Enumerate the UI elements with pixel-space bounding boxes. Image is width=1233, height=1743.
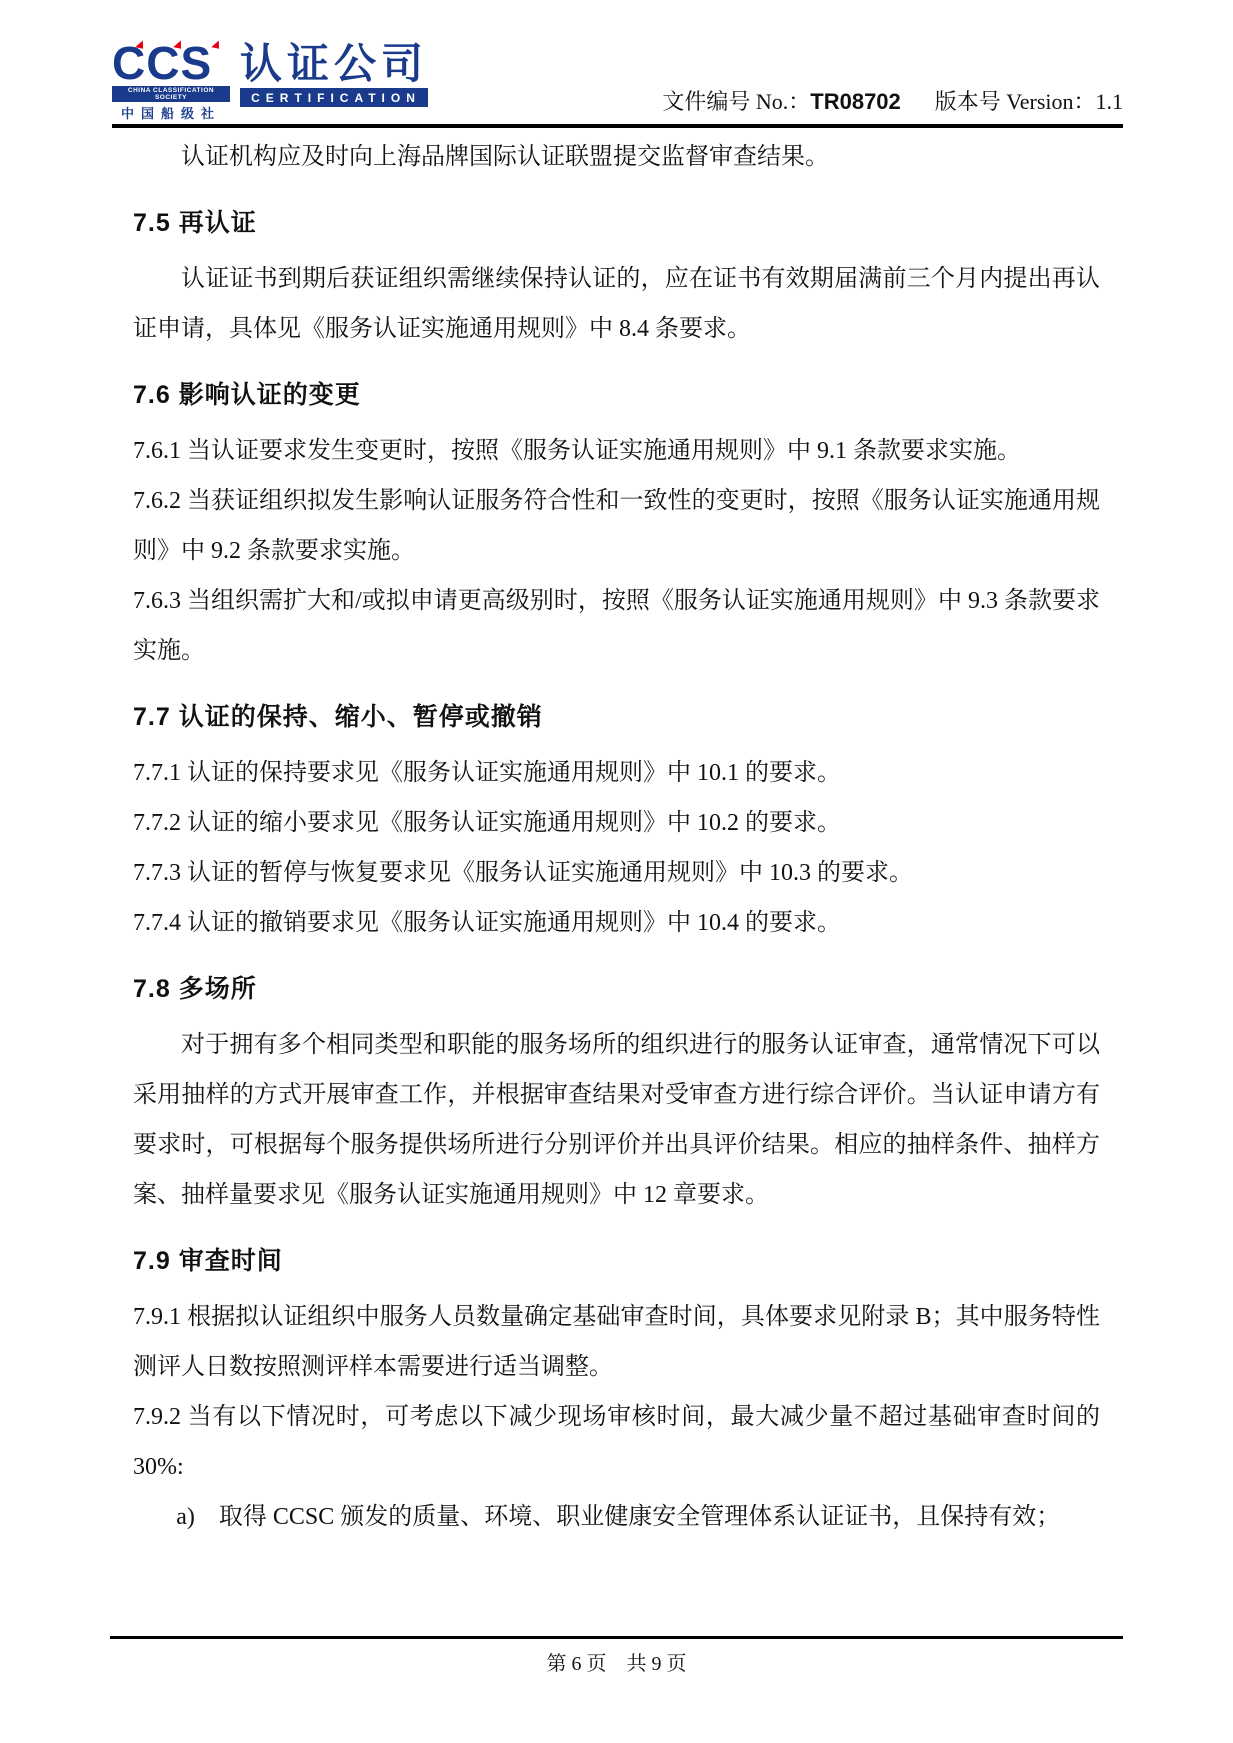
doc-no-label: 文件编号 No.： bbox=[662, 89, 810, 114]
page-number: 第 6 页 共 9 页 bbox=[547, 1653, 687, 1675]
paragraph: 7.6.2 当获证组织拟发生影响认证服务符合性和一致性的变更时，按照《服务认证实… bbox=[133, 476, 1100, 576]
version-label: 版本号 Version： bbox=[935, 89, 1096, 114]
document-section: 7.5 再认证 认证证书到期后获证组织需继续保持认证的，应在证书有效期届满前三个… bbox=[133, 198, 1100, 354]
document-section: 7.9 审查时间 7.9.1 根据拟认证组织中服务人员数量确定基础审查时间，具体… bbox=[133, 1236, 1100, 1542]
logo-red-accent-icon bbox=[135, 39, 144, 48]
section-paragraphs: 7.9.1 根据拟认证组织中服务人员数量确定基础审查时间，具体要求见附录 B；其… bbox=[133, 1292, 1100, 1542]
section-heading: 7.6 影响认证的变更 bbox=[133, 370, 1100, 420]
paragraph: 7.9.2 当有以下情况时，可考虑以下减少现场审核时间，最大减少量不超过基础审查… bbox=[133, 1392, 1100, 1492]
paragraph: 7.6.1 当认证要求发生变更时，按照《服务认证实施通用规则》中 9.1 条款要… bbox=[133, 426, 1100, 476]
logo-red-accent-icon bbox=[173, 39, 182, 48]
section-heading: 7.8 多场所 bbox=[133, 964, 1100, 1014]
version-value: 1.1 bbox=[1096, 89, 1124, 114]
ccs-logo-left: CCS CHINA CLASSIFICATION SOCIETY 中国船级社 bbox=[112, 42, 230, 122]
section-heading: 7.7 认证的保持、缩小、暂停或撤销 bbox=[133, 692, 1100, 742]
document-section: 7.7 认证的保持、缩小、暂停或撤销 7.7.1 认证的保持要求见《服务认证实施… bbox=[133, 692, 1100, 948]
paragraph: 认证证书到期后获证组织需继续保持认证的，应在证书有效期届满前三个月内提出再认证申… bbox=[133, 254, 1100, 354]
section-paragraphs: 7.7.1 认证的保持要求见《服务认证实施通用规则》中 10.1 的要求。7.7… bbox=[133, 748, 1100, 948]
ccs-logo: CCS CHINA CLASSIFICATION SOCIETY 中国船级社 认… bbox=[112, 42, 428, 122]
section-heading: 7.9 审查时间 bbox=[133, 1236, 1100, 1286]
logo-red-accent-icon bbox=[211, 39, 220, 48]
logo-company-name: 认证公司 bbox=[240, 42, 428, 86]
ccs-society-cn: 中国船级社 bbox=[112, 103, 230, 122]
paragraph: 7.7.2 认证的缩小要求见《服务认证实施通用规则》中 10.2 的要求。 bbox=[133, 798, 1100, 848]
document-page: CCS CHINA CLASSIFICATION SOCIETY 中国船级社 认… bbox=[0, 0, 1233, 1743]
ccs-logo-right: 认证公司 CERTIFICATION bbox=[240, 42, 428, 107]
paragraph: 7.6.3 当组织需扩大和/或拟申请更高级别时，按照《服务认证实施通用规则》中 … bbox=[133, 576, 1100, 676]
doc-no-value: TR08702 bbox=[810, 89, 901, 114]
document-body: 认证机构应及时向上海品牌国际认证联盟提交监督审查结果。 7.5 再认证 认证证书… bbox=[133, 128, 1100, 1542]
document-section: 7.8 多场所 对于拥有多个相同类型和职能的服务场所的组织进行的服务认证审查，通… bbox=[133, 964, 1100, 1220]
paragraph: 7.9.1 根据拟认证组织中服务人员数量确定基础审查时间，具体要求见附录 B；其… bbox=[133, 1292, 1100, 1392]
section-paragraphs: 对于拥有多个相同类型和职能的服务场所的组织进行的服务认证审查，通常情况下可以采用… bbox=[133, 1020, 1100, 1220]
section-paragraphs: 7.6.1 当认证要求发生变更时，按照《服务认证实施通用规则》中 9.1 条款要… bbox=[133, 426, 1100, 676]
paragraph: 7.7.4 认证的撤销要求见《服务认证实施通用规则》中 10.4 的要求。 bbox=[133, 898, 1100, 948]
paragraph: 7.7.1 认证的保持要求见《服务认证实施通用规则》中 10.1 的要求。 bbox=[133, 748, 1100, 798]
intro-paragraph: 认证机构应及时向上海品牌国际认证联盟提交监督审查结果。 bbox=[133, 132, 1100, 182]
section-heading: 7.5 再认证 bbox=[133, 198, 1100, 248]
logo-certification-bar: CERTIFICATION bbox=[240, 88, 428, 107]
page-footer: 第 6 页 共 9 页 bbox=[110, 1636, 1123, 1676]
paragraph: a) 取得 CCSC 颁发的质量、环境、职业健康安全管理体系认证证书，且保持有效… bbox=[133, 1492, 1100, 1542]
page-header: CCS CHINA CLASSIFICATION SOCIETY 中国船级社 认… bbox=[112, 0, 1123, 128]
ccs-logo-text: CCS bbox=[112, 42, 230, 84]
paragraph: 对于拥有多个相同类型和职能的服务场所的组织进行的服务认证审查，通常情况下可以采用… bbox=[133, 1020, 1100, 1220]
document-section: 7.6 影响认证的变更 7.6.1 当认证要求发生变更时，按照《服务认证实施通用… bbox=[133, 370, 1100, 676]
ccs-society-en: CHINA CLASSIFICATION SOCIETY bbox=[112, 86, 230, 102]
section-paragraphs: 认证证书到期后获证组织需继续保持认证的，应在证书有效期届满前三个月内提出再认证申… bbox=[133, 254, 1100, 354]
paragraph: 7.7.3 认证的暂停与恢复要求见《服务认证实施通用规则》中 10.3 的要求。 bbox=[133, 848, 1100, 898]
document-meta: 文件编号 No.：TR08702版本号 Version：1.1 bbox=[662, 85, 1123, 122]
